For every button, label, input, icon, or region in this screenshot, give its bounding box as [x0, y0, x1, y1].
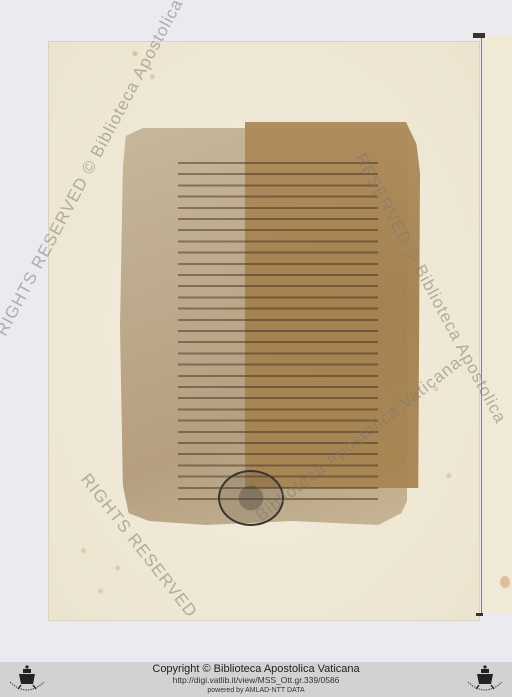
stain	[500, 576, 510, 588]
facing-page	[481, 36, 512, 614]
greek-text-block	[178, 156, 378, 501]
library-stamp-icon	[218, 470, 284, 526]
gutter-mark	[476, 613, 483, 616]
vatican-seal-icon	[464, 664, 506, 696]
gutter-mark	[473, 33, 485, 38]
copyright-footer: Copyright © Biblioteca Apostolica Vatica…	[0, 662, 512, 697]
image-viewer[interactable]: RIGHTS RESERVED © Biblioteca Apostolica …	[0, 0, 512, 662]
permalink[interactable]: http://digi.vatlib.it/view/MSS_Ott.gr.33…	[173, 675, 340, 685]
copyright-text: Copyright © Biblioteca Apostolica Vatica…	[0, 662, 512, 675]
vatican-seal-icon	[6, 664, 48, 696]
manuscript-fragment	[120, 122, 420, 525]
powered-by-text: powered by AMLAD-NTT DATA	[0, 686, 512, 696]
